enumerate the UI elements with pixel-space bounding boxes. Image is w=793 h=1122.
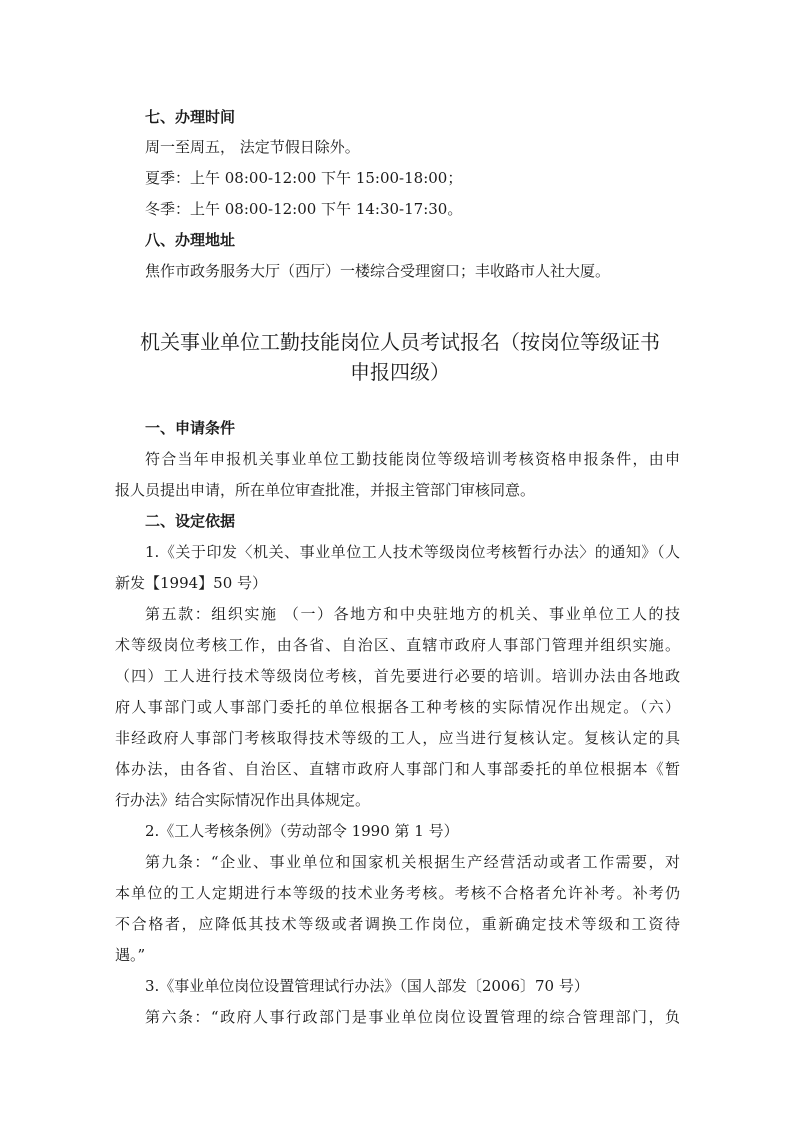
paragraph-line: （四）工人进行技术等级岗位考核，首先要进行必要的培训。培训办法由各地政: [115, 666, 680, 686]
reference-line: 2.《工人考核条例》（劳动部令 1990 第 1 号）: [145, 821, 459, 841]
reference-line: 1.《关于印发〈机关、事业单位工人技术等级岗位考核暂行办法〉的通知》（人: [145, 542, 680, 562]
document-title-line-1: 机关事业单位工勤技能岗位人员考试报名（按岗位等级证书: [110, 327, 690, 357]
section-heading-address: 八、办理地址: [145, 230, 235, 250]
section-heading-conditions: 一、申请条件: [145, 418, 235, 438]
paragraph-line: 行办法》结合实际情况作出具体规定。: [115, 790, 370, 810]
address-line: 焦作市政务服务大厅（西厅）一楼综合受理窗口；丰收路市人社大厦。: [145, 261, 610, 281]
reference-line: 3.《事业单位岗位设置管理试行办法》（国人部发〔2006〕70 号）: [145, 976, 589, 996]
paragraph-line: 非经政府人事部门考核取得技术等级的工人，应当进行复核认定。复核认定的具: [115, 728, 680, 748]
hours-line: 夏季：上午 08:00-12:00 下午 15:00-18:00；: [145, 168, 462, 188]
hours-line: 冬季：上午 08:00-12:00 下午 14:30-17:30。: [145, 199, 462, 219]
paragraph-line: 本单位的工人定期进行本等级的技术业务考核。考核不合格者允许补考。补考仍: [115, 883, 680, 903]
paragraph-line: 第九条：“企业、事业单位和国家机关根据生产经营活动或者工作需要，对: [145, 852, 680, 872]
paragraph-line: 遇。”: [115, 945, 145, 965]
section-heading-hours: 七、办理时间: [145, 107, 235, 127]
paragraph-line: 术等级岗位考核工作，由各省、自治区、直辖市政府人事部门管理并组织实施。: [115, 635, 680, 655]
paragraph-line: 不合格者，应降低其技术等级或者调换工作岗位，重新确定技术等级和工资待: [115, 914, 680, 934]
paragraph-line: 第六条：“政府人事行政部门是事业单位岗位设置管理的综合管理部门，负: [145, 1007, 680, 1027]
paragraph-line: 符合当年申报机关事业单位工勤技能岗位等级培训考核资格申报条件，由申: [145, 449, 680, 469]
paragraph-line: 第五款：组织实施 （一）各地方和中央驻地方的机关、事业单位工人的技: [145, 604, 680, 624]
paragraph-line: 报人员提出申请，所在单位审查批准，并报主管部门审核同意。: [115, 480, 535, 500]
paragraph-line: 体办法，由各省、自治区、直辖市政府人事部门和人事部委托的单位根据本《暂: [115, 759, 680, 779]
reference-line: 新发【1994】50 号）: [115, 573, 267, 593]
hours-line: 周一至周五， 法定节假日除外。: [145, 137, 360, 157]
document-title-line-2: 申报四级）: [110, 357, 690, 387]
section-heading-basis: 二、设定依据: [145, 511, 235, 531]
paragraph-line: 府人事部门或人事部门委托的单位根据各工种考核的实际情况作出规定。（六）: [115, 697, 680, 717]
